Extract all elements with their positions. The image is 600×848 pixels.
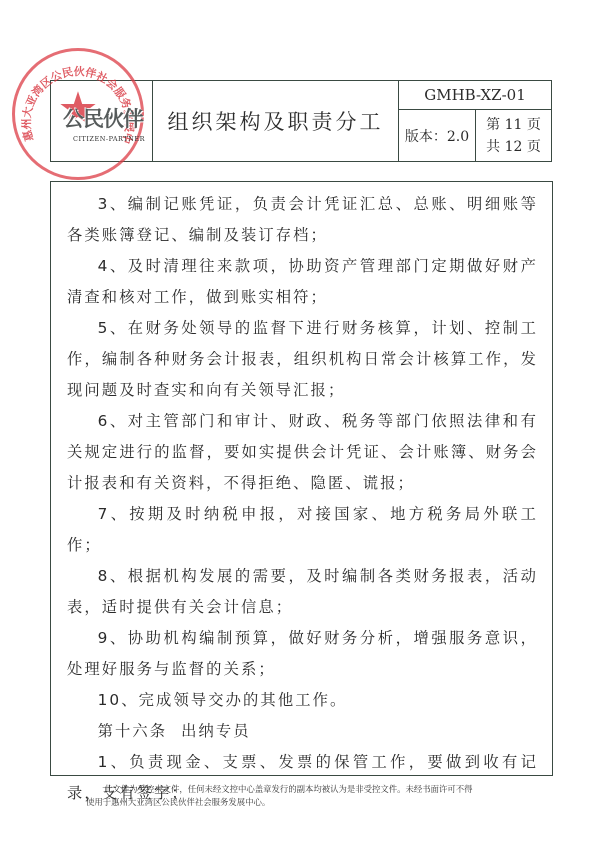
meta-row: 版本：2.0 第 11 页 共 12 页 bbox=[399, 110, 551, 161]
paragraph: 5、在财务处领导的监督下进行财务核算，计划、控制工作，编制各种财务会计报表，组织… bbox=[67, 313, 538, 406]
paragraph: 8、根据机构发展的需要，及时编制各类财务报表，活动表，适时提供有关会计信息； bbox=[67, 561, 538, 623]
paragraph: 3、编制记账凭证，负责会计凭证汇总、总账、明细账等各类账簿登记、编制及装订存档； bbox=[67, 189, 538, 251]
document-footer-notice: 此文件为受控未文件，任何未经文控中心盖章发行的副本均被认为是非受控文件。未经书面… bbox=[86, 783, 546, 808]
paragraph: 6、对主管部门和审计、财政、税务等部门依照法律和有关规定进行的监督，要如实提供会… bbox=[67, 406, 538, 499]
footer-line-2: 使用于惠州大亚湾区公民伙伴社会服务发展中心。 bbox=[86, 796, 546, 809]
section-heading: 第十六条 出纳专员 bbox=[67, 716, 538, 747]
logo-english-name: CITIZEN-PARTNER bbox=[59, 135, 147, 143]
document-body: 3、编制记账凭证，负责会计凭证汇总、总账、明细账等各类账簿登记、编制及装订存档；… bbox=[50, 181, 553, 776]
paragraph: 7、按期及时纳税申报，对接国家、地方税务局外联工作； bbox=[67, 499, 538, 561]
logo-chinese-name: 公民伙伴 bbox=[59, 103, 147, 133]
document-version: 版本：2.0 bbox=[399, 110, 476, 161]
title-cell: 组织架构及职责分工 bbox=[153, 81, 399, 161]
footer-line-1: 此文件为受控未文件，任何未经文控中心盖章发行的副本均被认为是非受控文件。未经书面… bbox=[86, 783, 546, 796]
page-info: 第 11 页 共 12 页 bbox=[476, 110, 551, 161]
document-code: GMHB-XZ-01 bbox=[399, 81, 551, 110]
page-total: 共 12 页 bbox=[486, 136, 541, 158]
logo-cell: 公民伙伴 CITIZEN-PARTNER bbox=[51, 81, 153, 161]
paragraph: 9、协助机构编制预算，做好财务分析，增强服务意识，处理好服务与监督的关系； bbox=[67, 623, 538, 685]
page-current: 第 11 页 bbox=[486, 114, 541, 136]
document-meta-cell: GMHB-XZ-01 版本：2.0 第 11 页 共 12 页 bbox=[399, 81, 551, 161]
organization-logo: 公民伙伴 CITIZEN-PARTNER bbox=[59, 103, 147, 143]
paragraph: 4、及时清理往来款项，协助资产管理部门定期做好财产清查和核对工作，做到账实相符； bbox=[67, 251, 538, 313]
document-header-table: 公民伙伴 CITIZEN-PARTNER 组织架构及职责分工 GMHB-XZ-0… bbox=[50, 80, 552, 162]
document-title: 组织架构及职责分工 bbox=[168, 106, 384, 136]
paragraph: 10、完成领导交办的其他工作。 bbox=[67, 685, 538, 716]
